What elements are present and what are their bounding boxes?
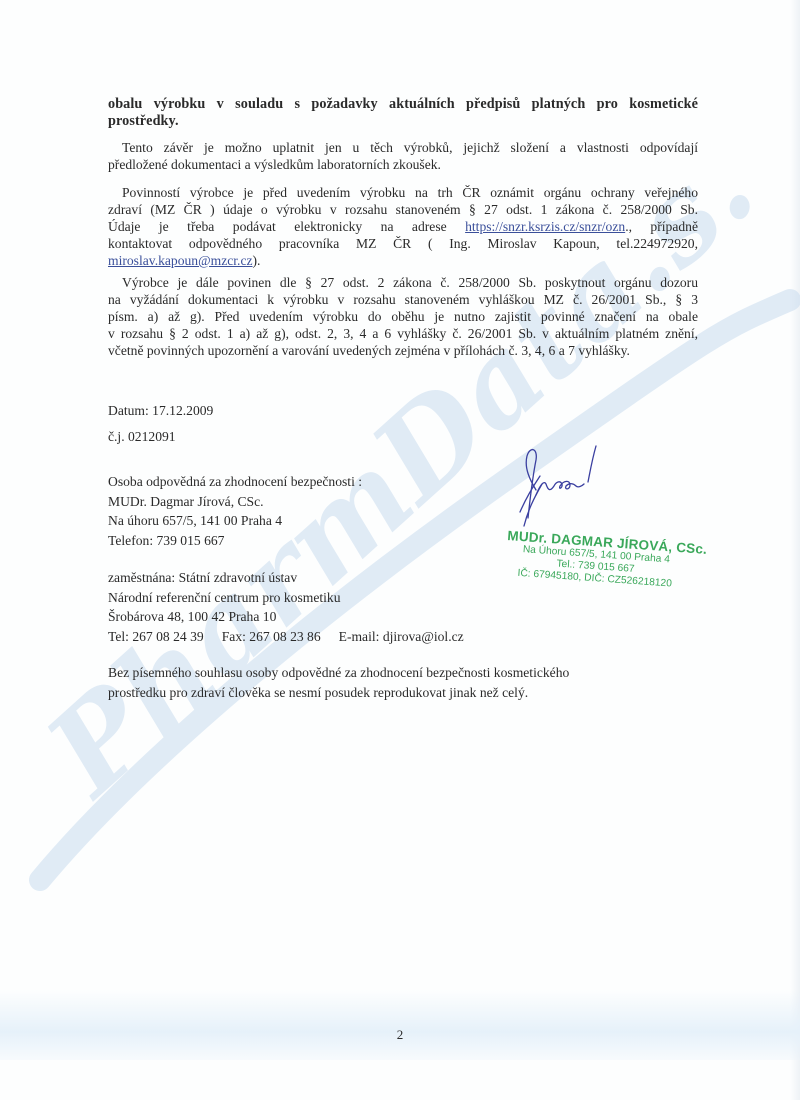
scan-edge: [790, 0, 800, 1100]
paragraph-notification: Povinností výrobce je před uvedením výro…: [108, 184, 698, 269]
responsible-phone: Telefon: 739 015 667: [108, 531, 362, 551]
paragraph-line: na vyžádání dokumentaci k výrobku v rozs…: [108, 291, 698, 308]
employer-fax: Fax: 267 08 23 86: [222, 629, 321, 644]
paragraph-line: zdraví (MZ ČR ) údaje o výrobku v rozsah…: [108, 201, 698, 218]
disclaimer-line: Bez písemného souhlasu osoby odpovědné z…: [108, 663, 569, 683]
responsible-name: MUDr. Dagmar Jírová, CSc.: [108, 492, 362, 512]
paragraph-line: Výrobce je dále povinen dle § 27 odst. 2…: [108, 274, 698, 291]
document-page: PharmData.s. obalu výrobku v souladu s p…: [0, 0, 800, 1100]
handwritten-signature-icon: [500, 440, 650, 530]
paragraph-line: písm. a) až g). Před uvedením výrobku do…: [108, 308, 698, 325]
intro-line-2: prostředky.: [108, 113, 698, 130]
paragraph-line: Údaje je třeba podávat elektronicky na a…: [108, 218, 698, 235]
employer-line: Národní referenční centrum pro kosmetiku: [108, 588, 464, 608]
intro-line-1: obalu výrobku v souladu s požadavky aktu…: [108, 96, 698, 113]
paragraph-line: předložené dokumentaci a výsledkům labor…: [108, 156, 698, 173]
employer-line: zaměstnána: Státní zdravotní ústav: [108, 568, 464, 588]
paragraph-validity: Tento závěr je možno uplatnit jen u těch…: [108, 139, 698, 173]
employer-tel: Tel: 267 08 24 39: [108, 629, 204, 644]
text-segment: Údaje je třeba podávat elektronicky na a…: [108, 219, 465, 234]
responsible-address: Na úhoru 657/5, 141 00 Praha 4: [108, 511, 362, 531]
disclaimer: Bez písemného souhlasu osoby odpovědné z…: [108, 663, 569, 702]
snzr-portal-link[interactable]: https://snzr.ksrzis.cz/snzr/ozn: [465, 219, 625, 234]
employer-email: E-mail: djirova@iol.cz: [339, 629, 464, 644]
employer-block: zaměstnána: Státní zdravotní ústav Národ…: [108, 568, 464, 646]
disclaimer-line: prostředku pro zdraví člověka se nesmí p…: [108, 683, 569, 703]
paragraph-line: Tento závěr je možno uplatnit jen u těch…: [108, 139, 698, 156]
paragraph-obligations: Výrobce je dále povinen dle § 27 odst. 2…: [108, 274, 698, 359]
employer-contacts: Tel: 267 08 24 39Fax: 267 08 23 86E-mail…: [108, 627, 464, 647]
email-link[interactable]: miroslav.kapoun@mzcr.cz: [108, 253, 253, 268]
paragraph-line: kontaktovat odpovědného pracovníka MZ ČR…: [108, 235, 698, 252]
reference-number: č.j. 0212091: [108, 424, 213, 450]
paragraph-line: Povinností výrobce je před uvedením výro…: [108, 184, 698, 201]
paragraph-line: v rozsahu § 2 odst. 1 a) až g), odst. 2,…: [108, 325, 698, 342]
employer-address: Šrobárova 48, 100 42 Praha 10: [108, 607, 464, 627]
text-segment: ., případně: [625, 219, 698, 234]
page-number: 2: [0, 1027, 800, 1043]
intro-bold-paragraph: obalu výrobku v souladu s požadavky aktu…: [108, 96, 698, 130]
date-line: Datum: 17.12.2009: [108, 398, 213, 424]
responsible-person-block: Osoba odpovědná za zhodnocení bezpečnost…: [108, 472, 362, 550]
scan-tint: [0, 990, 800, 1060]
paragraph-line: včetně povinných upozornění a varování u…: [108, 342, 698, 359]
date-block: Datum: 17.12.2009 č.j. 0212091: [108, 398, 213, 450]
text-segment: ).: [253, 253, 261, 268]
paragraph-line: miroslav.kapoun@mzcr.cz).: [108, 252, 698, 269]
responsible-heading: Osoba odpovědná za zhodnocení bezpečnost…: [108, 472, 362, 492]
stamp: MUDr. DAGMAR JÍROVÁ, CSc. Na Úhoru 657/5…: [504, 528, 687, 591]
